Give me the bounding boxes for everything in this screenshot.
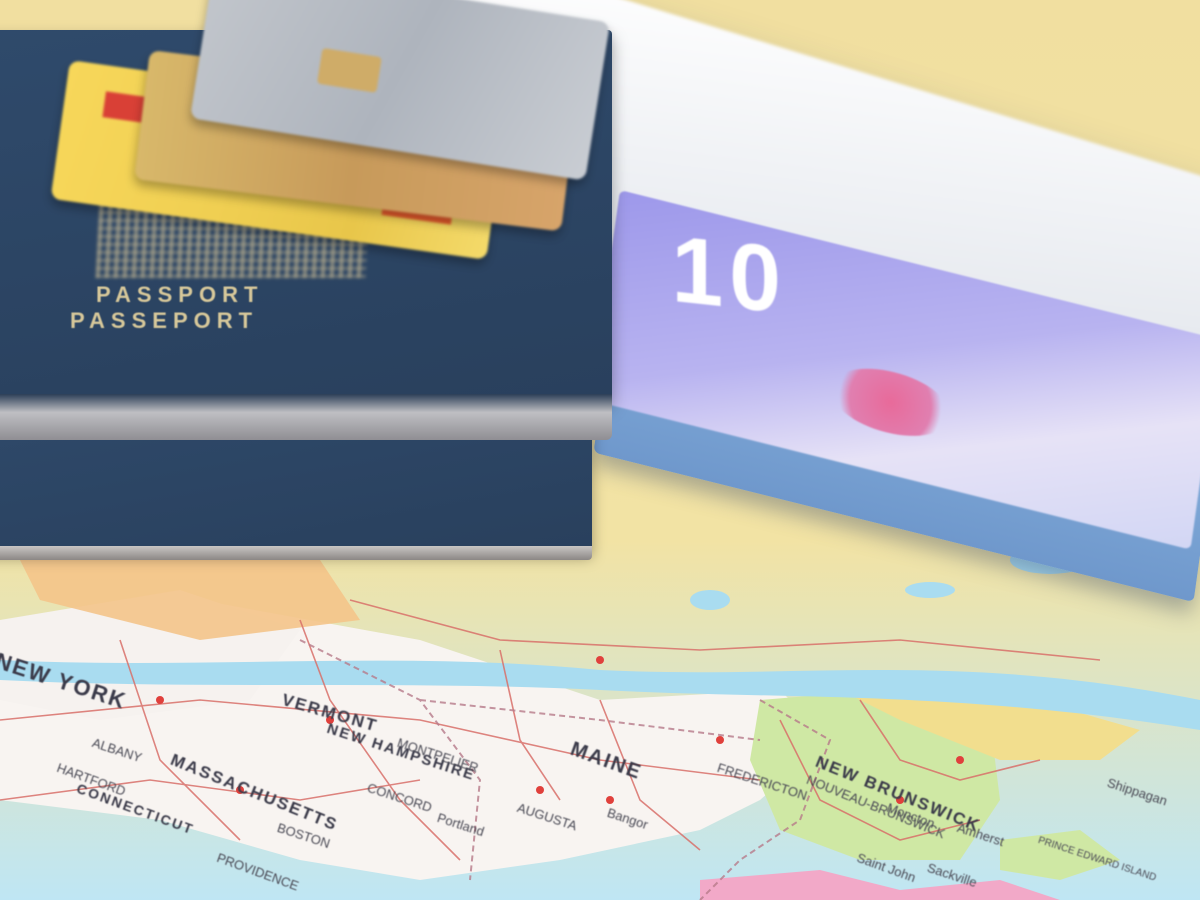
card-chip bbox=[317, 48, 382, 93]
passport-title-fr: PASSEPORT bbox=[70, 308, 258, 334]
passport-pages bbox=[0, 546, 592, 560]
photo-scene: NEW YORK VERMONT NEW HAMPSHIRE MASSACHUS… bbox=[0, 0, 1200, 900]
banknote-denomination: 10 bbox=[671, 216, 786, 336]
passport-pages bbox=[0, 394, 612, 440]
banknote-flower-image bbox=[826, 357, 954, 447]
passport-title-en: PASSPORT bbox=[96, 282, 263, 308]
